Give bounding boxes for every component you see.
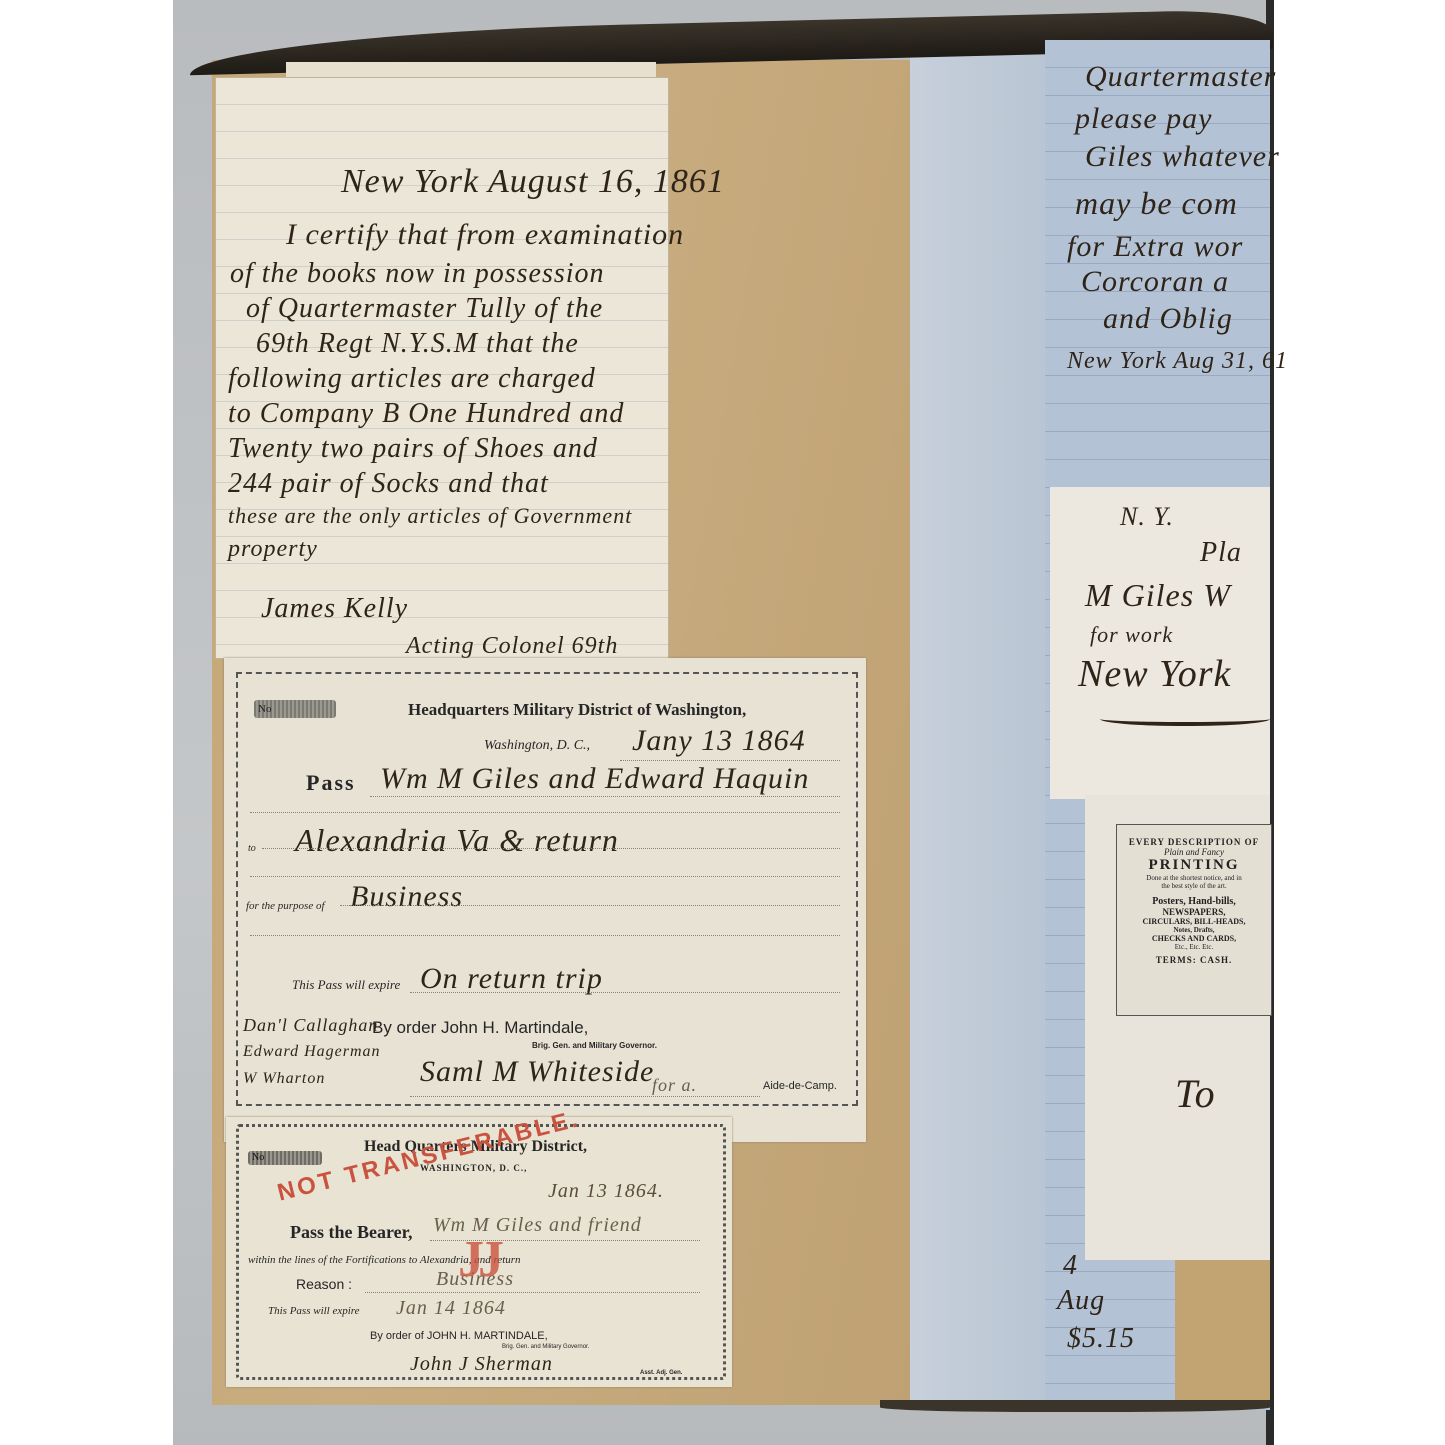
ad-line: EVERY DESCRIPTION OF [1117,837,1271,847]
rank: Brig. Gen. and Military Governor. [502,1344,589,1350]
expire-label: This Pass will expire [292,977,400,993]
blank-line [250,812,840,813]
note-line: M Giles W [1085,577,1231,614]
pass-destination: Alexandria Va & return [295,822,619,859]
not-transferable-stamp: NOT TRANSFERABLE. JJ [258,1160,698,1310]
destination-line [262,848,840,849]
letter-date: New York Aug 31, 61 [1067,348,1288,375]
expire-value: On return trip [420,962,603,996]
letter-line: for Extra wor [1067,230,1243,264]
bill-to: To [1175,1070,1216,1117]
letter-line: Twenty two pairs of Shoes and [228,433,598,465]
letter-amount: $5.15 [1067,1323,1135,1355]
letter-line: following articles are charged [228,363,596,395]
to-label: to [248,843,256,854]
letter-line: these are the only articles of Governmen… [228,503,632,529]
pass-names: Wm M Giles and Edward Haquin [380,762,809,796]
margin-note: W Wharton [243,1070,325,1088]
paper-stub [286,62,656,78]
letter-line: property [228,536,318,563]
letter-line: Corcoran a [1081,265,1229,299]
title: Asst. Adj. Gen. [640,1370,682,1376]
book-bottom-edge [880,1400,1270,1412]
letter-line: to Company B One Hundred and [228,398,624,430]
ad-line: Notes, Drafts, [1117,926,1271,934]
ad-line: PRINTING [1117,857,1271,874]
letter-line: 4 [1063,1250,1078,1282]
by-order: By order John H. Martindale, [372,1018,588,1038]
note-line: New York [1078,652,1231,696]
pass-header: Headquarters Military District of Washin… [408,700,746,720]
letter-line: I certify that from examination [286,218,684,252]
aide-de-camp: Aide-de-Camp. [763,1080,837,1092]
date-line [620,760,840,761]
pass-place: Washington, D. C., [484,738,590,754]
names-line [370,796,840,797]
pass-number-box: No [254,700,336,718]
blank-line [250,876,840,877]
margin-note: Edward Hagerman [243,1043,381,1061]
pass-signature: Saml M Whiteside [420,1055,654,1089]
pass-date: Jany 13 1864 [632,724,806,758]
kraft-corner [1175,1245,1270,1405]
margin-note: Dan'l Callaghan [243,1015,378,1036]
letter-signature: James Kelly [261,593,408,625]
blank-line [250,935,840,936]
ad-line: CIRCULARS, BILL-HEADS, [1117,917,1271,926]
ad-line: Plain and Fancy [1117,847,1271,857]
ad-line: TERMS: CASH. [1117,955,1271,965]
purpose-label: for the purpose of [246,900,325,912]
ad-line: CHECKS AND CARDS, [1117,934,1271,943]
letter-line: please pay [1075,102,1212,136]
letter-line: 69th Regt N.Y.S.M that the [256,328,579,360]
letter-line: and Oblig [1103,302,1233,336]
ad-line: Posters, Hand-bills, [1117,896,1271,907]
letter-line: Giles whatever [1085,140,1280,174]
by-order: By order of JOHN H. MARTINDALE, [370,1330,548,1342]
letter-line: may be com [1075,185,1238,222]
letter-line: Aug [1057,1285,1105,1317]
letter-line: of Quartermaster Tully of the [246,293,603,325]
pass-label: Pass [306,770,356,796]
signature-suffix: for a. [652,1075,697,1096]
stamp-initials: JJ [458,1230,498,1289]
note-line: for work [1090,622,1173,648]
printer-advertisement: EVERY DESCRIPTION OF Plain and Fancy PRI… [1116,824,1272,1016]
note-line: N. Y. [1120,502,1174,532]
expire-line [410,992,840,993]
purpose-line [340,905,840,906]
pass-signature: John J Sherman [410,1353,553,1376]
note-line: Pla [1200,537,1242,569]
signature-line [410,1096,760,1097]
pass-purpose: Business [350,880,463,914]
receipt-note: N. Y. Pla M Giles W for work New York [1050,487,1270,799]
letter-line: Quartermaster [1085,60,1276,94]
letter-line: of the books now in possession [230,258,605,290]
letter-line: 244 pair of Socks and that [228,468,549,500]
flourish-underline [1100,712,1270,726]
ad-line: Etc., Etc. Etc. [1117,943,1271,951]
letter-heading: New York August 16, 1861 [341,163,725,201]
handwritten-certificate: New York August 16, 1861 I certify that … [216,78,668,658]
ad-line: NEWSPAPERS, [1117,907,1271,917]
rank: Brig. Gen. and Military Governor. [532,1041,657,1050]
ad-line: Done at the shortest notice, and in [1117,874,1271,882]
ad-line: the best style of the art. [1117,882,1271,890]
